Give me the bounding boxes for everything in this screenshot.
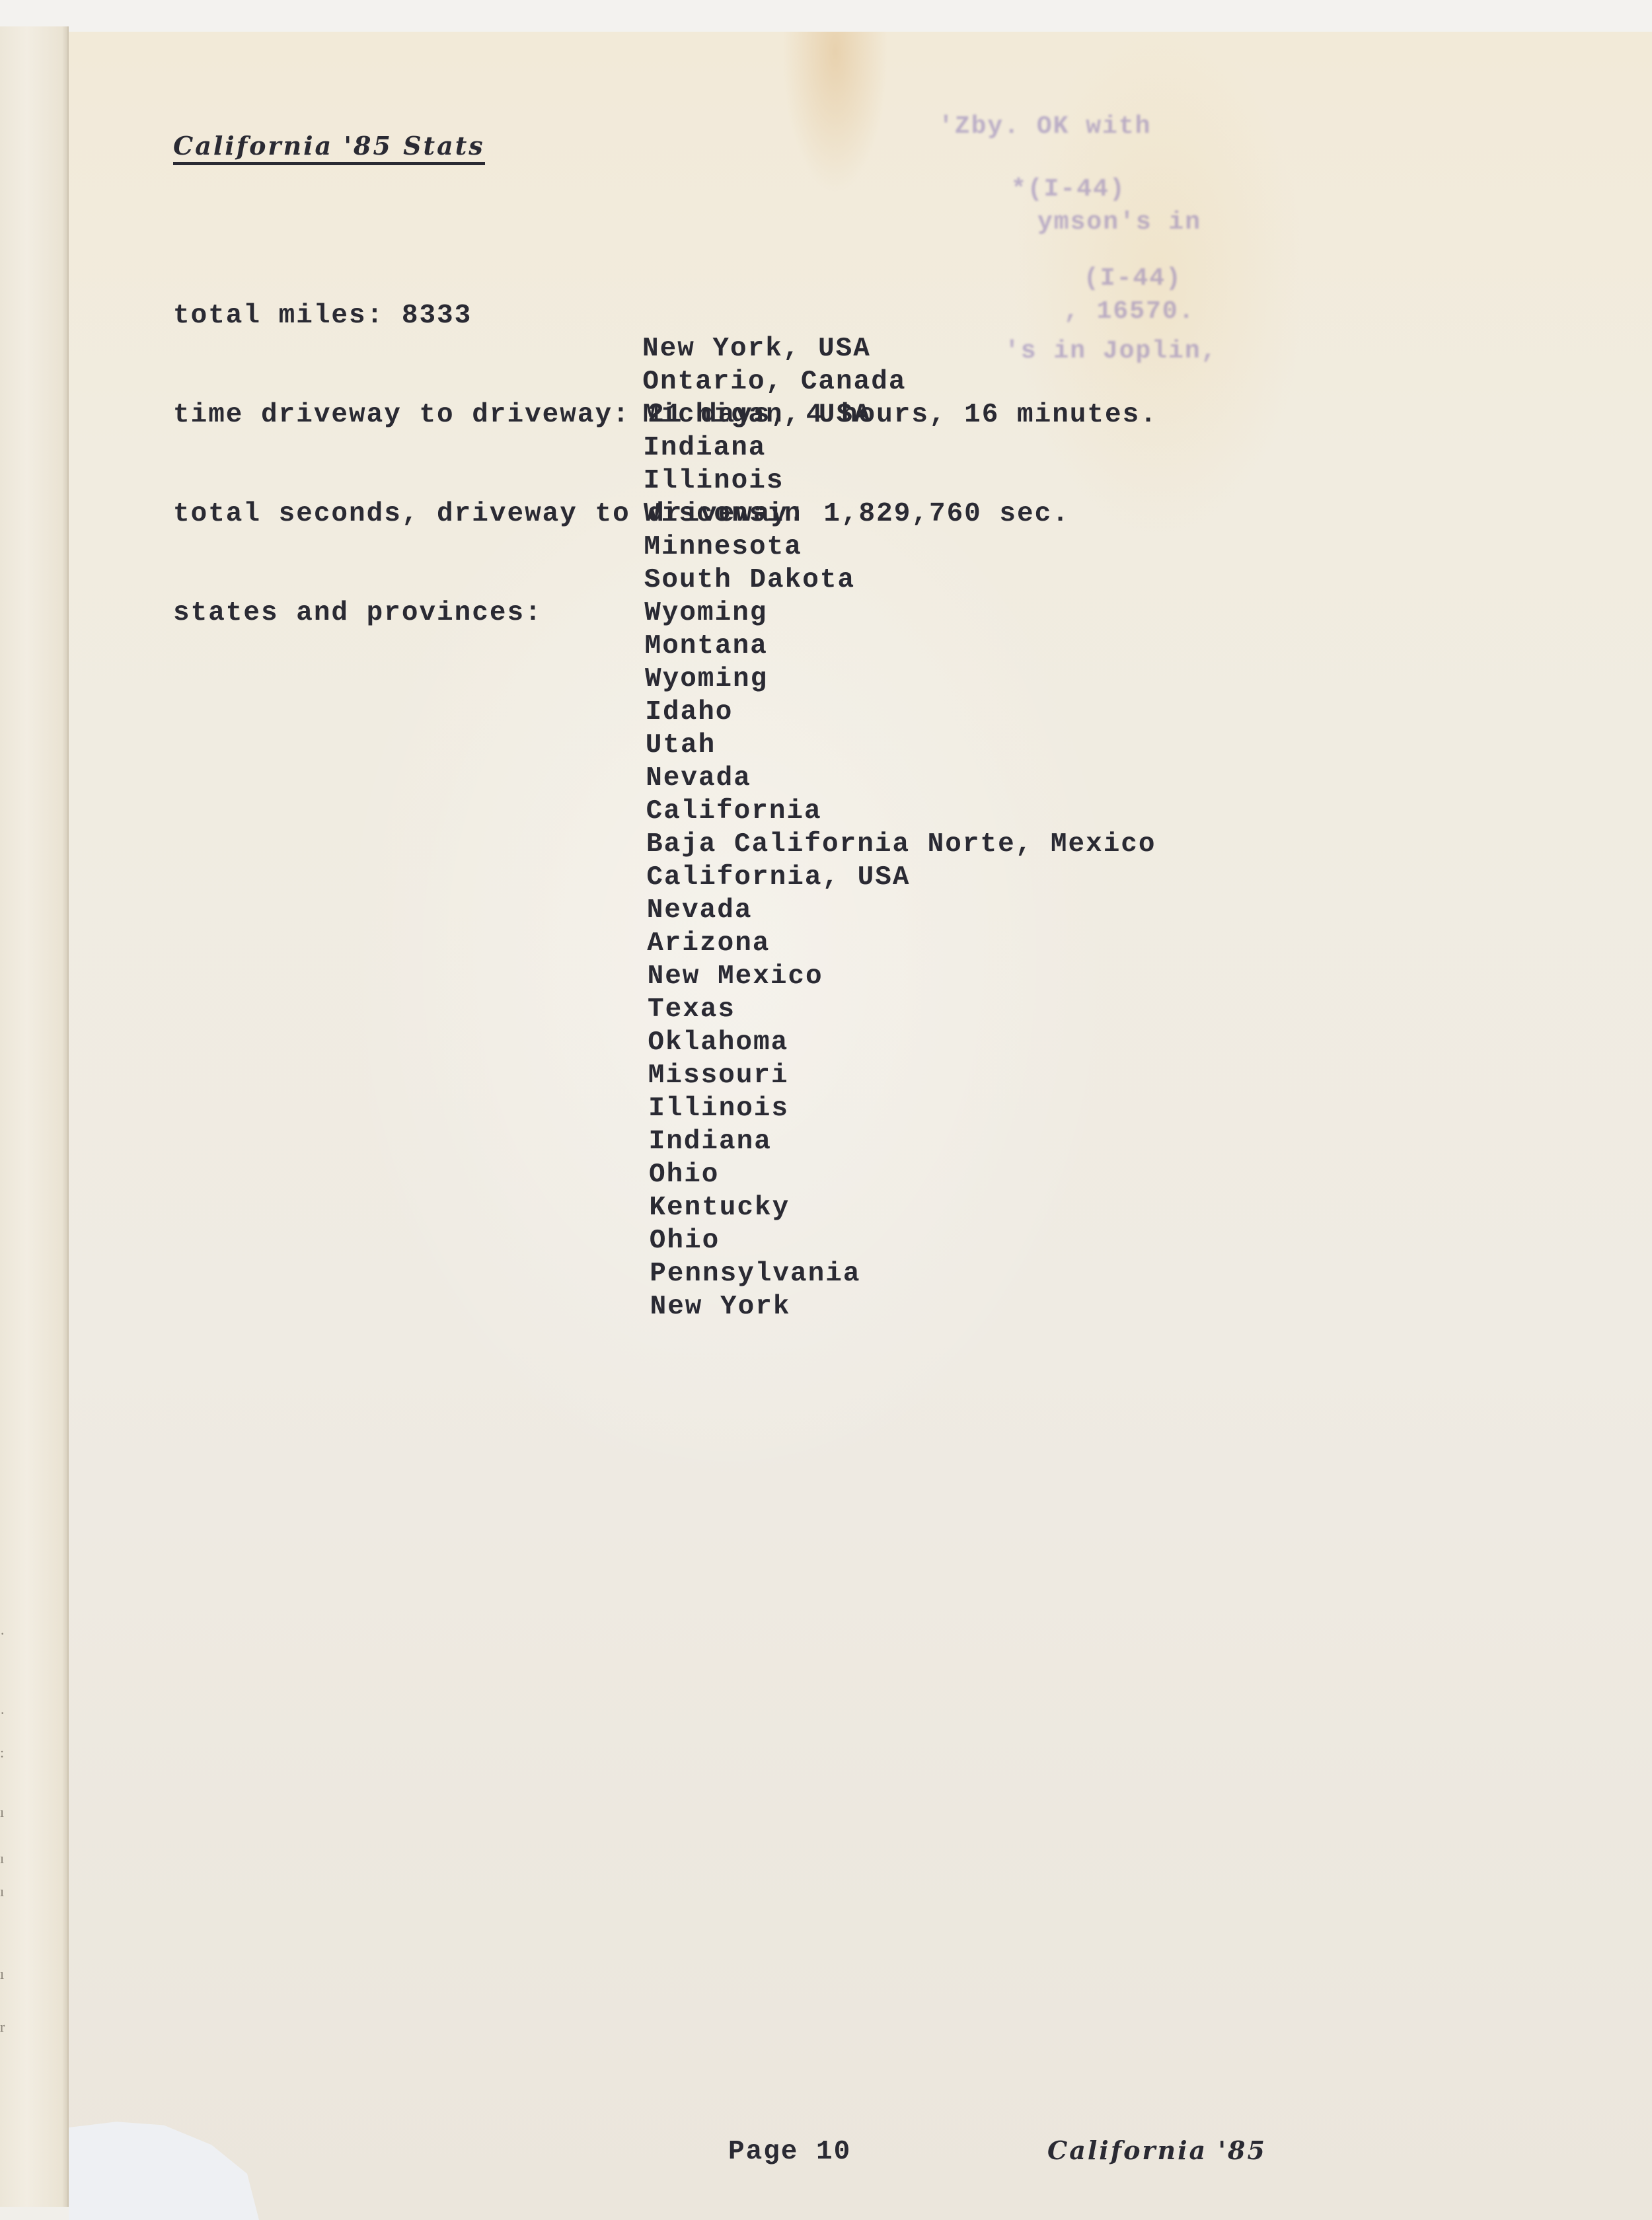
binding-mark: ·	[0, 1625, 5, 1643]
scan-background	[0, 0, 1652, 32]
bleed-through-line: ymson's in	[1037, 208, 1201, 237]
list-item: California, USA	[646, 861, 1156, 894]
bleed-through-line: *(I-44)	[1011, 175, 1126, 203]
list-item: New York, USA	[642, 332, 1156, 365]
binding-mark: r	[0, 2018, 5, 2036]
page-number: Page 10	[728, 2135, 851, 2168]
binding-mark: :	[0, 1744, 5, 1761]
list-item: Oklahoma	[648, 1026, 1156, 1059]
list-item: Wyoming	[645, 663, 1156, 696]
binding-strip: · · : ı ı ı ı r	[0, 26, 69, 2207]
binding-mark: ı	[0, 1804, 5, 1821]
binding-mark: ·	[0, 1705, 5, 1722]
list-item: California	[646, 795, 1156, 828]
list-item: Wyoming	[644, 597, 1156, 630]
list-item: Missouri	[648, 1059, 1156, 1092]
list-item: Pennsylvania	[650, 1257, 1156, 1290]
list-item: Kentucky	[649, 1191, 1156, 1224]
list-item: South Dakota	[644, 564, 1156, 597]
list-item: Indiana	[643, 431, 1156, 464]
list-item: Minnesota	[644, 531, 1156, 564]
list-item: Nevada	[646, 762, 1156, 795]
list-item: Baja California Norte, Mexico	[646, 828, 1156, 861]
list-item: Ohio	[649, 1158, 1156, 1191]
list-item: Nevada	[647, 894, 1156, 927]
running-title: California '85	[1047, 2135, 1267, 2165]
list-item: New York	[650, 1290, 1156, 1323]
document-title: California '85 Stats	[173, 131, 485, 165]
list-item: Ohio	[650, 1224, 1156, 1257]
binding-mark: ı	[0, 1850, 5, 1867]
stat-total-miles: total miles: 8333	[173, 299, 1158, 332]
list-item: Texas	[648, 993, 1156, 1026]
list-item: Ontario, Canada	[642, 365, 1156, 398]
binding-mark: ı	[0, 1966, 5, 1983]
list-item: Wisconsin	[644, 498, 1156, 531]
list-item: Arizona	[647, 927, 1156, 960]
list-item: Illinois	[648, 1092, 1156, 1125]
binding-mark: ı	[0, 1883, 5, 1900]
list-item: Indiana	[649, 1125, 1156, 1158]
bleed-through-line: 'Zby. OK with	[938, 112, 1151, 141]
list-item: Idaho	[645, 696, 1156, 729]
states-provinces-list: New York, USAOntario, CanadaMichigan, US…	[642, 332, 1156, 1323]
list-item: Michigan, USA	[643, 398, 1156, 431]
list-item: New Mexico	[648, 960, 1156, 993]
list-item: Utah	[646, 729, 1156, 762]
list-item: Illinois	[644, 464, 1156, 498]
list-item: Montana	[645, 630, 1156, 663]
